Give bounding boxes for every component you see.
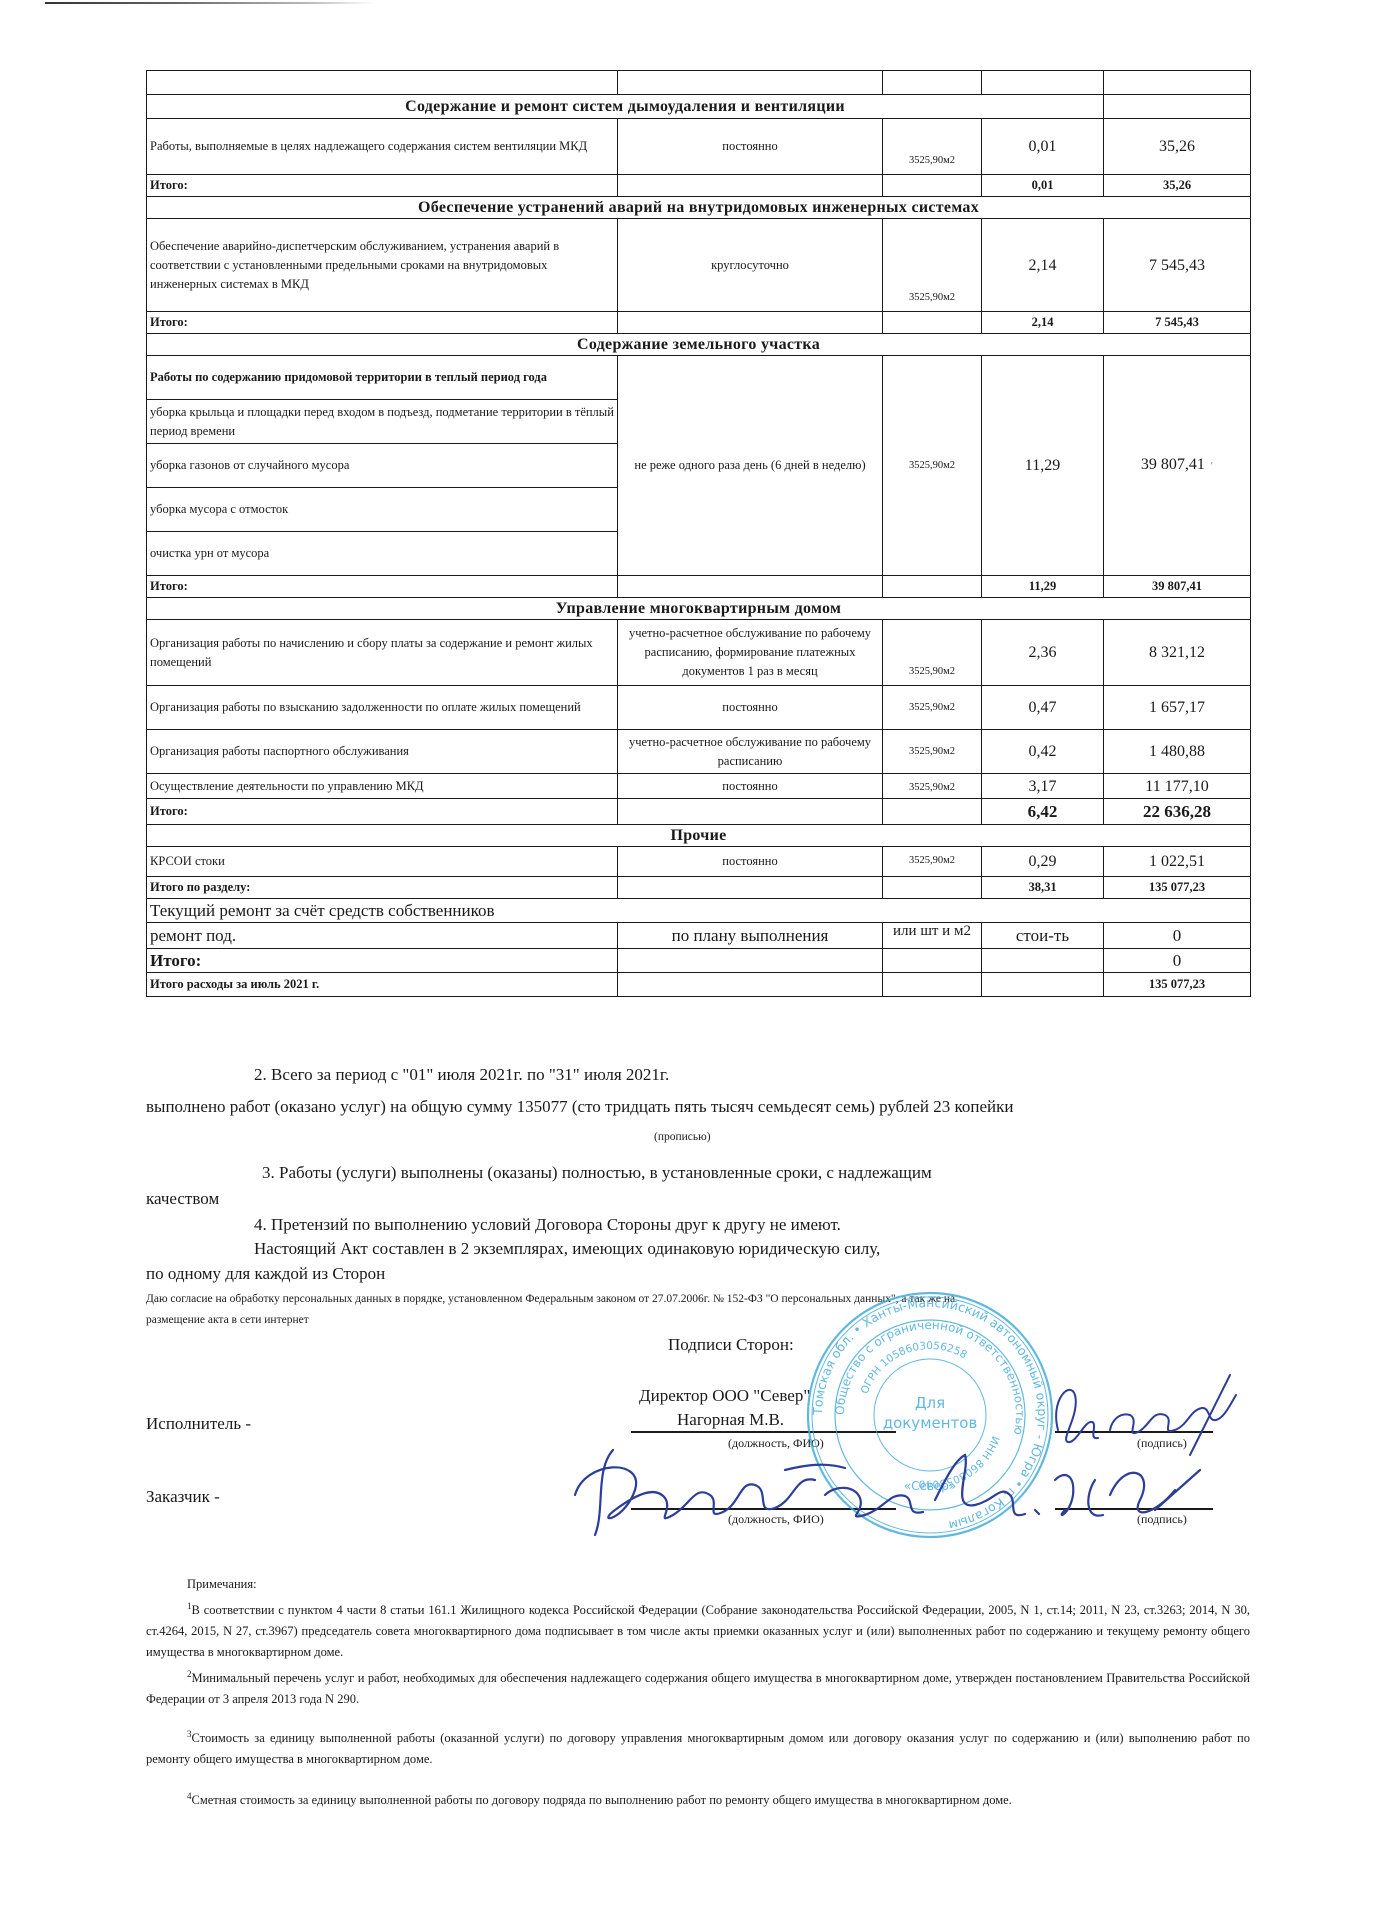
consent-line2: размещение акта в сети интернет	[146, 1309, 309, 1331]
work-frequency: постоянно	[618, 774, 883, 799]
repair-name: ремонт под.	[147, 923, 618, 949]
work-name: очистка урн от мусора	[147, 532, 618, 576]
signatures-title: Подписи Сторон:	[668, 1334, 794, 1356]
section-title: Содержание земельного участка	[147, 334, 1251, 356]
paragraph-4: 4. Претензий по выполнению условий Догов…	[254, 1214, 841, 1236]
repair-rate: стои-ть	[982, 923, 1104, 949]
svg-text:документов: документов	[883, 1414, 978, 1432]
work-name: КРСОИ стоки	[147, 847, 618, 877]
work-name: Работы по содержанию придомовой территор…	[147, 356, 618, 400]
repair-unit: или шт и м2	[883, 923, 982, 949]
executor-position: Директор ООО "Север"	[639, 1385, 810, 1407]
total-cost: 35,26	[1104, 175, 1251, 197]
customer-sign-caption: (подпись)	[1137, 1512, 1187, 1527]
work-area: 3525,90м2	[883, 356, 982, 576]
total-rate: 11,29	[982, 576, 1104, 598]
work-area: 3525,90м2	[883, 847, 982, 877]
total-row: Итого: 0,01 35,26	[147, 175, 1251, 197]
work-rate: 11,29	[982, 356, 1104, 576]
paragraph-2-line1: 2. Всего за период с "01" июля 2021г. по…	[254, 1064, 669, 1086]
svg-text:Для: Для	[915, 1394, 945, 1412]
section-title: Обеспечение устранений аварий на внутрид…	[147, 197, 1251, 219]
table-row: КРСОИ стоки постоянно 3525,90м2 0,29 1 0…	[147, 847, 1251, 877]
table-row: Работы, выполняемые в целях надлежащего …	[147, 119, 1251, 175]
table-header-row	[147, 71, 1251, 95]
note-4: 4Сметная стоимость за единицу выполненно…	[146, 1786, 1250, 1811]
work-rate: 3,17	[982, 774, 1104, 799]
repair-total-label: Итого:	[147, 949, 618, 973]
table-row: Организация работы по взысканию задолжен…	[147, 686, 1251, 730]
repair-title: Текущий ремонт за счёт средств собственн…	[147, 899, 1251, 923]
section-header-land: Содержание земельного участка	[147, 334, 1251, 356]
work-area: 3525,90м2	[883, 620, 982, 686]
section-header-other: Прочие	[147, 825, 1251, 847]
work-frequency: учетно-расчетное обслуживание по рабочем…	[618, 620, 883, 686]
work-area: 3525,90м2	[883, 730, 982, 774]
work-name: уборка мусора с отмосток	[147, 488, 618, 532]
total-cost: 39 807,41	[1104, 576, 1251, 598]
table-row: Организация работы паспортного обслужива…	[147, 730, 1251, 774]
total-cost: 22 636,28	[1104, 799, 1251, 825]
table-row: Работы по содержанию придомовой территор…	[147, 356, 1251, 400]
work-area: 3525,90м2	[883, 119, 982, 175]
total-label: Итого:	[147, 312, 618, 334]
work-frequency: круглосуточно	[618, 219, 883, 312]
work-frequency: постоянно	[618, 847, 883, 877]
work-rate: 2,14	[982, 219, 1104, 312]
section-title: Прочие	[147, 825, 1251, 847]
work-rate: 0,29	[982, 847, 1104, 877]
total-label: Итого:	[147, 576, 618, 598]
work-name: Организация работы по начислению и сбору…	[147, 620, 618, 686]
repair-frequency: по плану выполнения	[618, 923, 883, 949]
total-row: Итого: 6,42 22 636,28	[147, 799, 1251, 825]
section-total-label: Итого по разделу:	[147, 877, 618, 899]
executor-name: Нагорная М.В.	[677, 1409, 784, 1431]
executor-label: Исполнитель -	[146, 1413, 251, 1435]
total-row: Итого: 11,29 39 807,41	[147, 576, 1251, 598]
work-area: 3525,90м2	[883, 219, 982, 312]
customer-label: Заказчик -	[146, 1486, 220, 1508]
paragraph-3-line2: качеством	[146, 1188, 219, 1210]
svg-text:«Север»: «Север»	[904, 1479, 957, 1493]
paragraph-2-line2: выполнено работ (оказано услуг) на общую…	[146, 1096, 1014, 1118]
section-header-management: Управление многоквартирным домом	[147, 598, 1251, 620]
notes-title: Примечания:	[187, 1573, 257, 1595]
work-cost: 1 657,17	[1104, 686, 1251, 730]
table-row: Осуществление деятельности по управлению…	[147, 774, 1251, 799]
work-name: Осуществление деятельности по управлению…	[147, 774, 618, 799]
paragraph-2-caption: (прописью)	[654, 1126, 711, 1148]
repair-row: ремонт под. по плану выполнения или шт и…	[147, 923, 1251, 949]
paragraph-3-line1: 3. Работы (услуги) выполнены (оказаны) п…	[262, 1162, 932, 1184]
work-cost: 8 321,12	[1104, 620, 1251, 686]
total-rate: 2,14	[982, 312, 1104, 334]
work-name: уборка крыльца и площадки перед входом в…	[147, 400, 618, 444]
company-stamp-icon: Томская обл. • Ханты-Мансийский автономн…	[805, 1290, 1055, 1540]
work-frequency: учетно-расчетное обслуживание по рабочем…	[618, 730, 883, 774]
table-row: Обеспечение аварийно-диспетчерским обслу…	[147, 219, 1251, 312]
work-frequency: постоянно	[618, 119, 883, 175]
work-cost: 1 480,88	[1104, 730, 1251, 774]
total-label: Итого:	[147, 799, 618, 825]
work-frequency: не реже одного раза день (6 дней в недел…	[618, 356, 883, 576]
paragraph-5-line1: Настоящий Акт составлен в 2 экземплярах,…	[254, 1238, 880, 1260]
executor-sign-caption: (подпись)	[1137, 1436, 1187, 1451]
grand-total-label: Итого расходы за июль 2021 г.	[147, 973, 618, 997]
work-frequency: постоянно	[618, 686, 883, 730]
work-area: 3525,90м2	[883, 686, 982, 730]
repair-header-row: Текущий ремонт за счёт средств собственн…	[147, 899, 1251, 923]
scan-artifact-line	[45, 2, 375, 4]
section-total-row: Итого по разделу: 38,31 135 077,23	[147, 877, 1251, 899]
grand-total-row: Итого расходы за июль 2021 г. 135 077,23	[147, 973, 1251, 997]
section-header-ventilation: Содержание и ремонт систем дымоудаления …	[147, 95, 1251, 119]
work-name: Обеспечение аварийно-диспетчерским обслу…	[147, 219, 618, 312]
work-rate: 0,47	[982, 686, 1104, 730]
section-title: Содержание и ремонт систем дымоудаления …	[147, 95, 1104, 119]
section-total-rate: 38,31	[982, 877, 1104, 899]
executor-sign-line	[1055, 1431, 1213, 1433]
section-title: Управление многоквартирным домом	[147, 598, 1251, 620]
section-total-cost: 135 077,23	[1104, 877, 1251, 899]
table-row: Организация работы по начислению и сбору…	[147, 620, 1251, 686]
works-table: Содержание и ремонт систем дымоудаления …	[146, 70, 1251, 997]
total-rate: 0,01	[982, 175, 1104, 197]
work-cost: 35,26	[1104, 119, 1251, 175]
work-rate: 0,42	[982, 730, 1104, 774]
repair-cost: 0	[1104, 923, 1251, 949]
work-name: Организация работы по взысканию задолжен…	[147, 686, 618, 730]
paragraph-5-line2: по одному для каждой из Сторон	[146, 1263, 385, 1285]
work-name: Организация работы паспортного обслужива…	[147, 730, 618, 774]
grand-total-cost: 135 077,23	[1104, 973, 1251, 997]
customer-sign-line	[1055, 1508, 1213, 1510]
note-1: 1В соответствии с пунктом 4 части 8 стат…	[146, 1596, 1250, 1663]
work-cost: 39 807,41′	[1104, 356, 1251, 576]
work-name: Работы, выполняемые в целях надлежащего …	[147, 119, 618, 175]
section-header-emergency: Обеспечение устранений аварий на внутрид…	[147, 197, 1251, 219]
work-rate: 0,01	[982, 119, 1104, 175]
work-rate: 2,36	[982, 620, 1104, 686]
total-rate: 6,42	[982, 799, 1104, 825]
note-3: 3Стоимость за единицу выполненной работы…	[146, 1724, 1250, 1770]
total-row: Итого: 2,14 7 545,43	[147, 312, 1251, 334]
total-cost: 7 545,43	[1104, 312, 1251, 334]
work-cost: 1 022,51	[1104, 847, 1251, 877]
note-2: 2Минимальный перечень услуг и работ, нео…	[146, 1664, 1250, 1710]
work-cost: 7 545,43	[1104, 219, 1251, 312]
repair-total-row: Итого: 0	[147, 949, 1251, 973]
repair-total-cost: 0	[1104, 949, 1251, 973]
work-area: 3525,90м2	[883, 774, 982, 799]
work-cost: 11 177,10	[1104, 774, 1251, 799]
executor-handwritten-signature-icon	[1040, 1360, 1240, 1470]
total-label: Итого:	[147, 175, 618, 197]
work-name: уборка газонов от случайного мусора	[147, 444, 618, 488]
